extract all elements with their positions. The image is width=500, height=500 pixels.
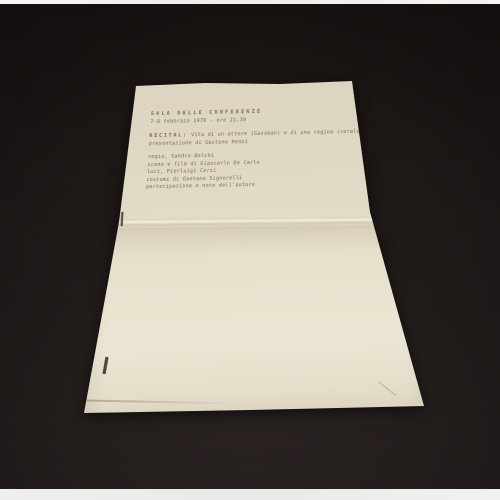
fold-shadow [84, 225, 425, 255]
subject-label: RECITAL: [149, 132, 188, 139]
typewritten-text-block: SALA DELLE CONFERENZE 7-8 febbraio 1970 … [146, 107, 361, 192]
staple-bottom [103, 357, 109, 374]
letterbox-strip-top [0, 0, 500, 4]
credits-list: regia, Sandro Bolchi scene e film di Gia… [146, 150, 358, 192]
paper-sheet: SALA DELLE CONFERENZE 7-8 febbraio 1970 … [84, 80, 425, 414]
photo-canvas: SALA DELLE CONFERENZE 7-8 febbraio 1970 … [0, 0, 500, 500]
document-photo: SALA DELLE CONFERENZE 7-8 febbraio 1970 … [84, 80, 425, 414]
fanned-sheet-edge [86, 400, 236, 405]
corner-wrinkle [378, 381, 396, 395]
letterbox-strip-bottom [0, 489, 500, 500]
staple-top [129, 105, 131, 118]
